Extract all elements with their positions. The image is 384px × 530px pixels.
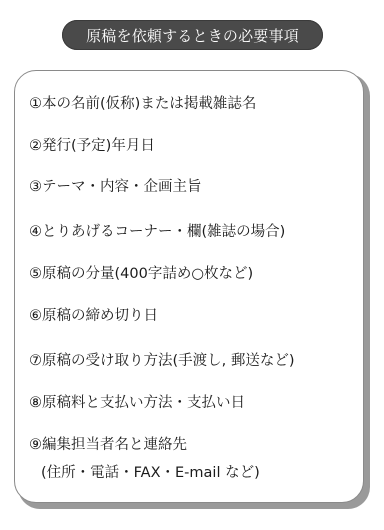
item-text: 原稿料と支払い方法・支払い日	[42, 395, 245, 411]
item-number: ②	[29, 138, 42, 154]
list-item-1: ①本の名前(仮称)または掲載雑誌名	[29, 95, 256, 113]
list-item-2: ②発行(予定)年月日	[29, 137, 155, 155]
item-text: 原稿の受け取り方法(手渡し, 郵送など)	[42, 353, 295, 369]
page-title: 原稿を依頼するときの必要事項	[86, 25, 299, 46]
item-text: テーマ・内容・企画主旨	[42, 179, 202, 195]
item-text: 本の名前(仮称)または掲載雑誌名	[42, 96, 256, 112]
title-banner: 原稿を依頼するときの必要事項	[62, 20, 323, 50]
item-text: とりあげるコーナー・欄(雑誌の場合)	[42, 224, 285, 240]
list-item-5: ⑤原稿の分量(400字詰め○枚など)	[29, 265, 253, 283]
item-number: ⑦	[29, 353, 42, 369]
item-subtext: (住所・電話・FAX・E-mail など)	[29, 464, 260, 482]
item-text: 発行(予定)年月日	[42, 138, 155, 154]
list-item-7: ⑦原稿の受け取り方法(手渡し, 郵送など)	[29, 352, 295, 370]
item-number: ⑨	[29, 437, 42, 453]
item-number: ⑥	[29, 308, 42, 324]
requirements-card: ①本の名前(仮称)または掲載雑誌名 ②発行(予定)年月日 ③テーマ・内容・企画主…	[14, 70, 364, 503]
item-text: 原稿の分量(400字詰め○枚など)	[42, 266, 253, 282]
item-number: ⑧	[29, 395, 42, 411]
item-number: ⑤	[29, 266, 42, 282]
item-text: 編集担当者名と連絡先	[42, 437, 187, 453]
list-item-9: ⑨編集担当者名と連絡先 (住所・電話・FAX・E-mail など)	[29, 436, 260, 482]
item-number: ④	[29, 224, 42, 240]
list-item-8: ⑧原稿料と支払い方法・支払い日	[29, 394, 245, 412]
item-number: ①	[29, 96, 42, 112]
list-item-3: ③テーマ・内容・企画主旨	[29, 178, 202, 196]
list-item-6: ⑥原稿の締め切り日	[29, 307, 158, 325]
item-number: ③	[29, 179, 42, 195]
list-item-4: ④とりあげるコーナー・欄(雑誌の場合)	[29, 223, 285, 241]
item-text: 原稿の締め切り日	[42, 308, 158, 324]
